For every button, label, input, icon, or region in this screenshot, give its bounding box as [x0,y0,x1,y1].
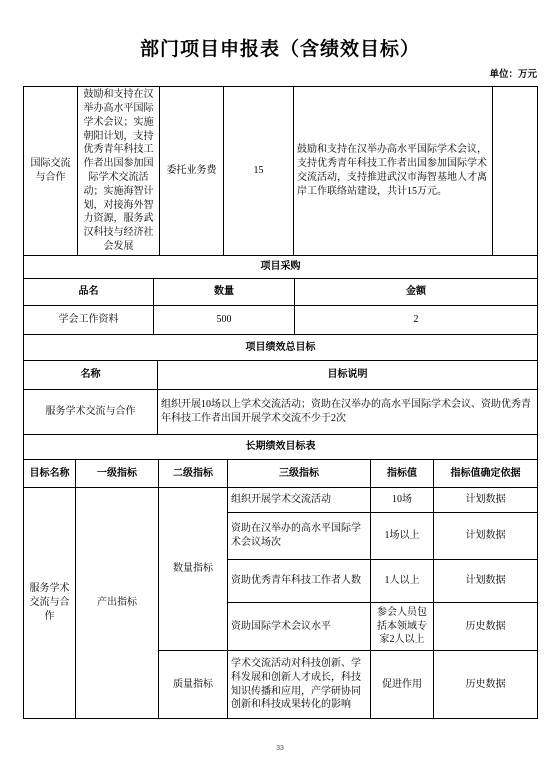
section-title-longterm: 长期绩效目标表 [24,435,538,460]
level3-indicator-cell: 组织开展学术交流活动 [228,488,371,513]
activities-cell: 鼓励和支持在汉举办高水平国际学术会议；实施朝阳计划，支持优秀青年科技工作者出国参… [78,87,160,256]
table-row: 名称 目标说明 [24,361,538,390]
procurement-table: 项目采购 品名 数量 金额 学会工作资料 500 2 [23,255,538,335]
table-row: 项目采购 [24,256,538,279]
value-basis-cell: 历史数据 [434,651,538,719]
indicator-value-cell: 1场以上 [371,513,434,560]
col-header-level3: 三级指标 [228,460,371,488]
expense-type-cell: 委托业务费 [160,87,224,256]
table-row: 目标名称 一级指标 二级指标 三级指标 指标值 指标值确定依据 [24,460,538,488]
level1-indicator-cell: 产出指标 [76,488,159,719]
empty-cell [493,87,538,256]
table-row: 学会工作资料 500 2 [24,306,538,335]
value-basis-cell: 计划数据 [434,560,538,603]
level2-quality-cell: 质量指标 [159,651,228,719]
category-cell: 国际交流与合作 [24,87,78,256]
level3-indicator-cell: 资助在汉举办的高水平国际学术会议场次 [228,513,371,560]
indicator-value-cell: 参会人员包括本领域专家2人以上 [371,603,434,651]
table-row: 国际交流与合作 鼓励和支持在汉举办高水平国际学术会议；实施朝阳计划，支持优秀青年… [24,87,538,256]
value-basis-cell: 计划数据 [434,488,538,513]
overall-goal-table: 项目绩效总目标 名称 目标说明 服务学术交流与合作 组织开展10场以上学术交流活… [23,334,538,435]
table-row: 品名 数量 金额 [24,279,538,306]
table-row: 项目绩效总目标 [24,335,538,361]
col-header-level1: 一级指标 [76,460,159,488]
level3-indicator-cell: 资助国际学术会议水平 [228,603,371,651]
col-header-goal-description: 目标说明 [158,361,538,390]
detail-cell: 鼓励和支持在汉举办高水平国际学术会议，支持优秀青年科技工作者出国参加国际学术交流… [294,87,493,256]
col-header-goal-name: 目标名称 [24,460,76,488]
value-basis-cell: 历史数据 [434,603,538,651]
table-row: 长期绩效目标表 [24,435,538,460]
longterm-goal-table: 长期绩效目标表 目标名称 一级指标 二级指标 三级指标 指标值 指标值确定依据 … [23,434,538,719]
product-name-cell: 学会工作资料 [24,306,154,335]
col-header-quantity: 数量 [154,279,295,306]
level3-indicator-cell: 资助优秀青年科技工作者人数 [228,560,371,603]
budget-continuation-table: 国际交流与合作 鼓励和支持在汉举办高水平国际学术会议；实施朝阳计划，支持优秀青年… [23,86,538,256]
indicator-value-cell: 10场 [371,488,434,513]
level3-indicator-cell: 学术交流活动对科技创新、学科发展和创新人才成长，科技知识传播和应用，产学研协同创… [228,651,371,719]
section-title-overall-goal: 项目绩效总目标 [24,335,538,361]
indicator-value-cell: 1人以上 [371,560,434,603]
col-header-level2: 二级指标 [159,460,228,488]
quantity-cell: 500 [154,306,295,335]
unit-label: 单位：万元 [23,69,537,81]
table-row: 服务学术交流与合作 组织开展10场以上学术交流活动；资助在汉举办的高水平国际学术… [24,390,538,435]
amount-cell: 2 [295,306,538,335]
goal-description-cell: 组织开展10场以上学术交流活动；资助在汉举办的高水平国际学术会议、资助优秀青年科… [158,390,538,435]
col-header-amount: 金额 [295,279,538,306]
col-header-indicator-value: 指标值 [371,460,434,488]
level2-quantity-cell: 数量指标 [159,488,228,651]
document-page: 部门项目申报表（含绩效目标） 单位：万元 国际交流与合作 鼓励和支持在汉举办高水… [0,0,560,773]
col-header-name: 名称 [24,361,158,390]
col-header-product: 品名 [24,279,154,306]
amount-cell: 15 [224,87,294,256]
page-title: 部门项目申报表（含绩效目标） [0,0,560,62]
indicator-value-cell: 促进作用 [371,651,434,719]
value-basis-cell: 计划数据 [434,513,538,560]
table-row: 服务学术交流与合作 产出指标 数量指标 组织开展学术交流活动 10场 计划数据 [24,488,538,513]
page-number: 33 [0,745,560,752]
goal-name-cell: 服务学术交流与合作 [24,488,76,719]
goal-name-cell: 服务学术交流与合作 [24,390,158,435]
section-title-procurement: 项目采购 [24,256,538,279]
col-header-value-basis: 指标值确定依据 [434,460,538,488]
